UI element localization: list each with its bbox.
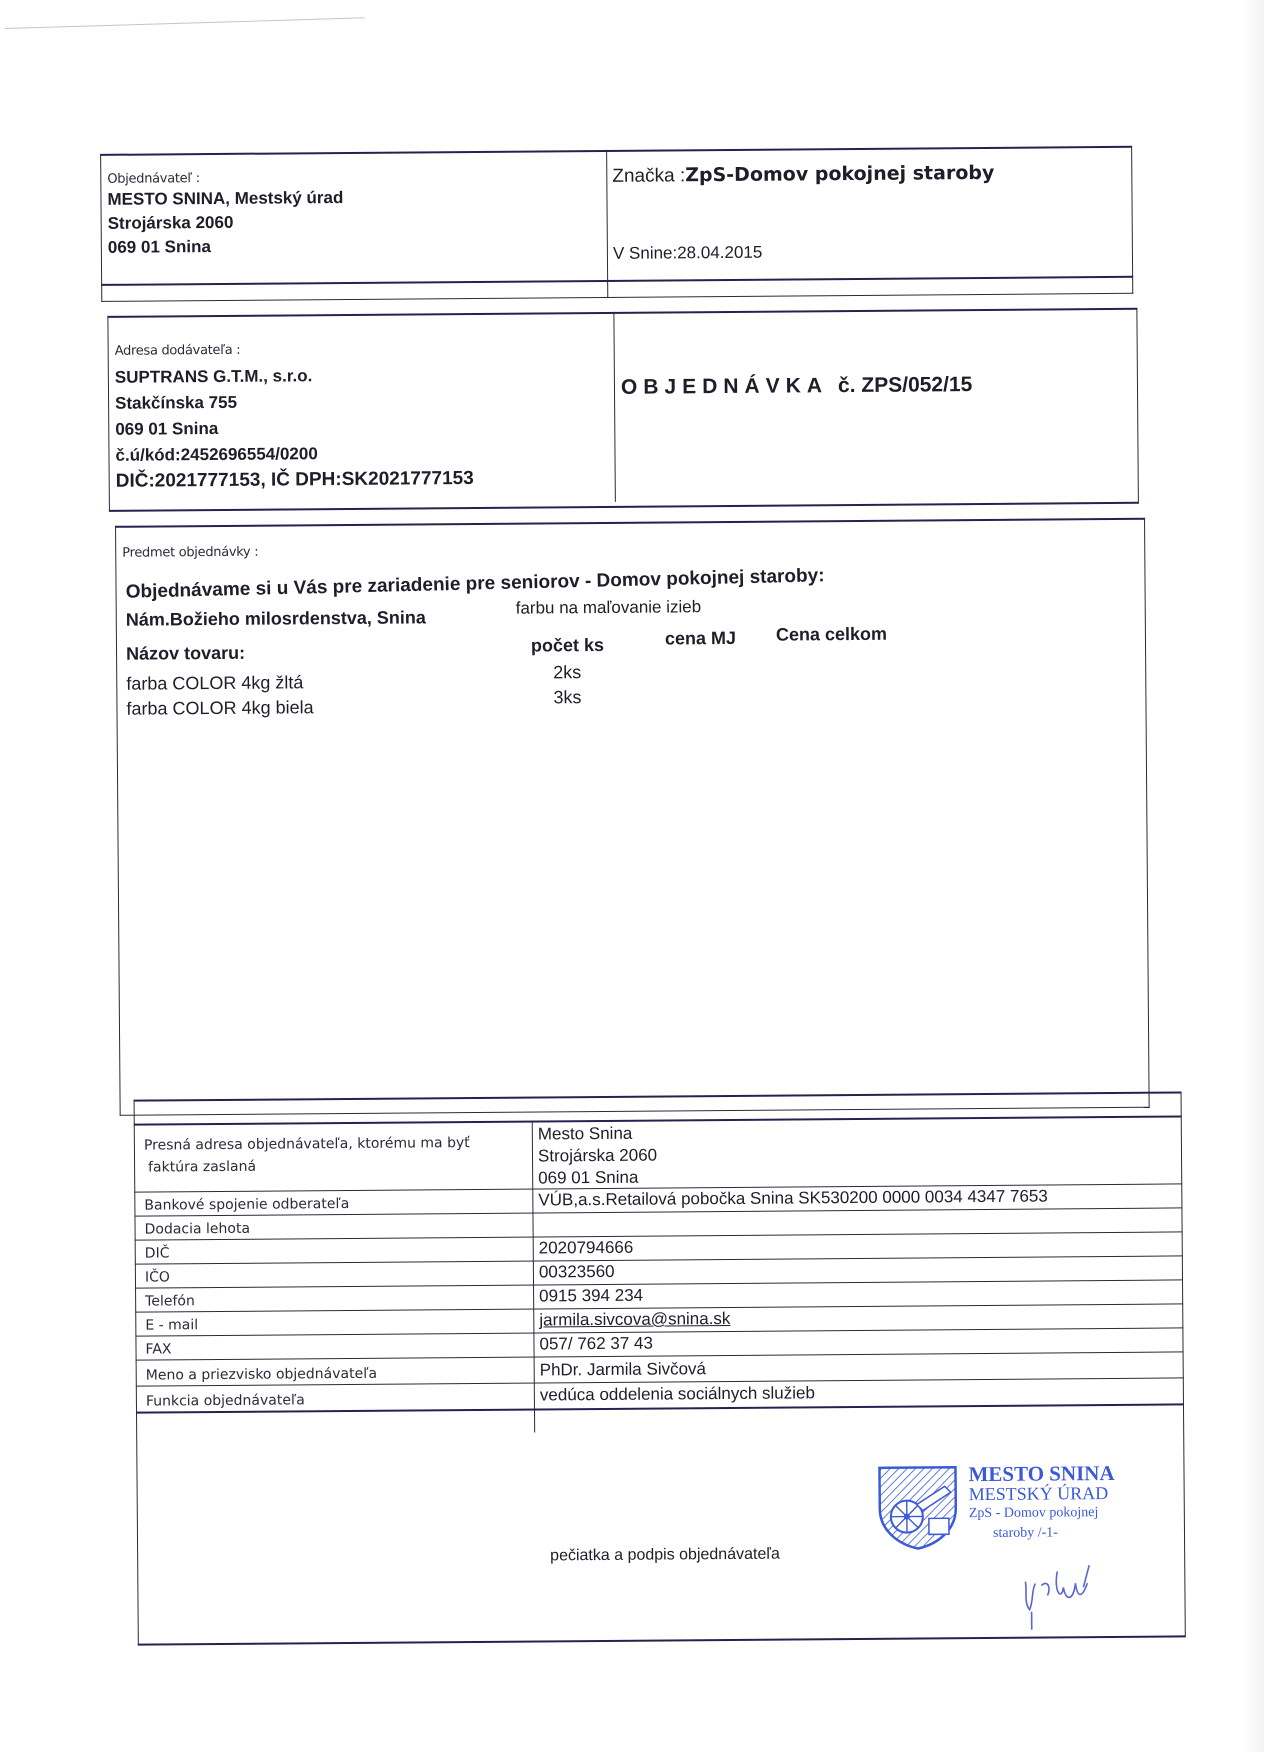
supplier-name: SUPTRANS G.T.M., s.r.o. [115,362,473,391]
detail-label-bank: Bankové spojenie odberateľa [144,1196,349,1214]
subject-place: Nám.Božieho milosrdenstva, Snina [126,607,426,630]
detail-label-function: Funkcia objednávateľa [146,1392,305,1409]
supplier-street: Stakčínska 755 [115,388,473,417]
column-header-total: Cena celkom [776,624,887,646]
item-qty: 3ks [553,687,581,708]
handwritten-signature-icon [1017,1561,1108,1632]
coat-of-arms-icon [876,1464,959,1551]
detail-label-ico: IČO [145,1269,170,1285]
stamp-line: staroby /-1- [969,1523,1115,1544]
invoice-address-label: Presná adresa objednávateľa, ktorému ma … [144,1135,470,1154]
supplier-label: Adresa dodávateľa : [115,341,473,359]
stamp-line: MESTO SNINA [968,1463,1114,1484]
detail-label-phone: Telefón [145,1293,195,1309]
detail-value-ico: 00323560 [539,1262,615,1283]
subject-label: Predmet objednávky : [122,545,258,561]
subject-description: farbu na maľovanie izieb [516,597,702,618]
mark-value: ZpS-Domov pokojnej staroby [685,162,994,186]
supplier-block: Adresa dodávateľa : SUPTRANS G.T.M., s.r… [115,341,474,495]
stamp-text: MESTO SNINA MESTSKÝ ÚRAD ZpS - Domov pok… [968,1463,1115,1544]
supplier-account: č.ú/kód:2452696554/0200 [115,440,473,469]
orderer-city: 069 01 Snina [108,234,344,260]
mark-label: Značka : [612,165,685,187]
detail-label-fax: FAX [145,1341,171,1357]
detail-value-phone: 0915 394 234 [539,1286,643,1307]
item-name: farba COLOR 4kg žltá [126,672,303,694]
orderer-street: Strojárska 2060 [108,210,344,236]
detail-value-function: vedúca oddelenia sociálnych služieb [540,1383,815,1405]
detail-value-name: PhDr. Jarmila Sivčová [540,1359,706,1380]
item-qty: 2ks [553,662,581,683]
orderer-label: Objednávateľ : [107,170,343,187]
orderer-block: Objednávateľ : MESTO SNINA, Mestský úrad… [107,170,344,260]
supplier-tax-ids: DIČ:2021777153, IČ DPH:SK2021777153 [116,466,474,495]
mark-block: Značka :ZpS-Domov pokojnej staroby [612,162,994,188]
invoice-address-line: Mesto Snina [538,1124,633,1145]
detail-value-bank: VÚB,a.s.Retailová pobočka Snina SK530200… [538,1186,1048,1210]
order-title: OBJEDNÁVKAč. ZPS/052/15 [621,373,972,400]
supplier-city: 069 01 Snina [115,414,473,443]
item-name: farba COLOR 4kg biela [126,697,313,719]
invoice-address-line: 069 01 Snina [538,1168,638,1189]
detail-label-dic: DIČ [145,1245,170,1261]
order-form-page: Objednávateľ : MESTO SNINA, Mestský úrad… [0,0,1264,1752]
column-header-unit-price: cena MJ [665,628,736,650]
official-stamp: MESTO SNINA MESTSKÝ ÚRAD ZpS - Domov pok… [876,1463,1167,1575]
place-date: V Snine:28.04.2015 [613,243,763,264]
detail-label-name: Meno a priezvisko objednávateľa [146,1366,377,1384]
goods-header: Názov tovaru: [126,643,245,665]
detail-label-email: E - mail [145,1317,198,1333]
invoice-address-label-cont: faktúra zaslaná [148,1159,256,1176]
order-number: č. ZPS/052/15 [838,373,972,397]
detail-value-fax: 057/ 762 37 43 [539,1334,653,1355]
order-title-text: OBJEDNÁVKA [621,374,828,399]
orderer-name: MESTO SNINA, Mestský úrad [107,186,343,212]
stamp-line: MESTSKÝ ÚRAD [969,1483,1115,1504]
stamp-line: ZpS - Domov pokojnej [969,1503,1115,1524]
detail-value-dic: 2020794666 [539,1238,634,1259]
column-header-qty: počet ks [531,635,604,657]
detail-label-delivery: Dodacia lehota [145,1221,251,1238]
detail-value-email[interactable]: jarmila.sivcova@snina.sk [539,1309,730,1331]
stamp-caption: pečiatka a podpis objednávateľa [550,1546,780,1566]
invoice-address-line: Strojárska 2060 [538,1146,657,1167]
